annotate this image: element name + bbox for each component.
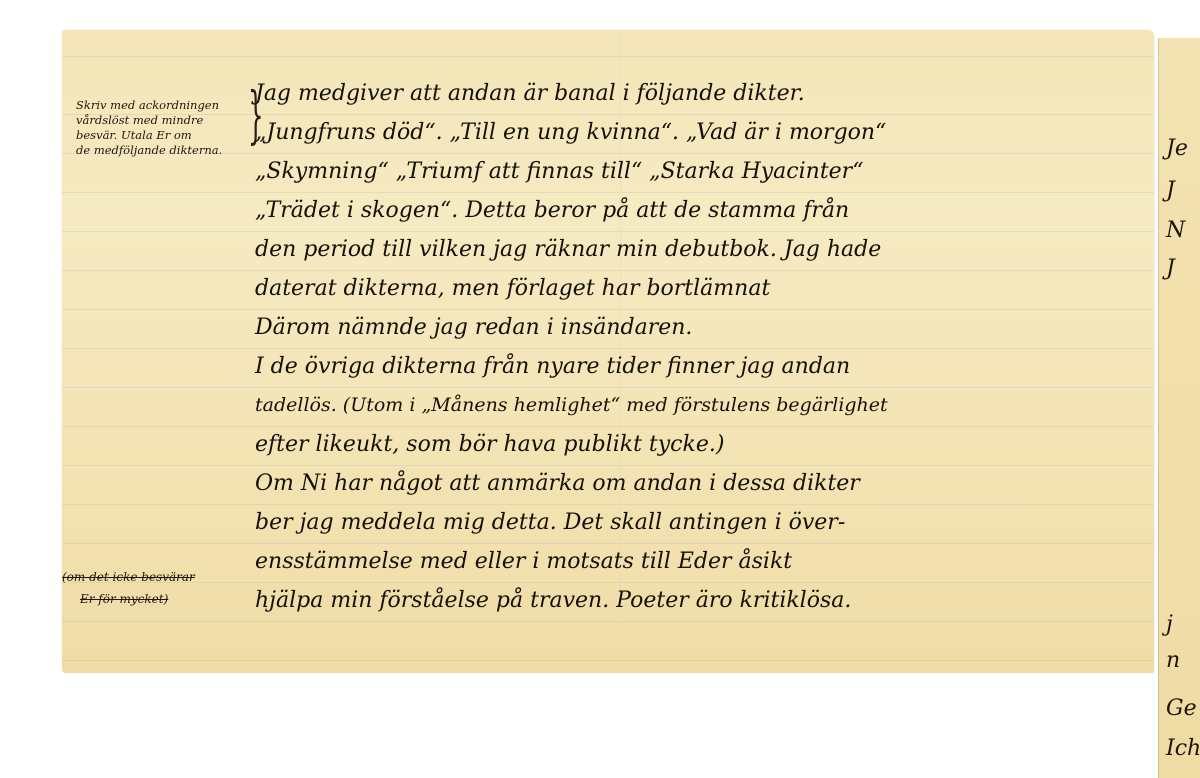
body-line: ensstämmelse med eller i motsats till Ed… — [255, 542, 1055, 581]
margin-note-bottom: (om det icke besvärar Er för mycket) — [62, 566, 195, 610]
body-line: Därom nämnde jag redan i insändaren. — [255, 308, 1055, 347]
margin-note-line: Er för mycket) — [62, 588, 195, 610]
body-line: „Jungfruns död“. „Till en ung kvinna“. „… — [255, 113, 1055, 152]
margin-note-line: vårdslöst med mindre — [76, 113, 246, 128]
margin-note-line: de medföljande dikterna. — [76, 143, 246, 158]
body-line: Om Ni har något att anmärka om andan i d… — [255, 464, 1055, 503]
strip-fragment: J — [1166, 256, 1175, 281]
body-line: ber jag meddela mig detta. Det skall ant… — [255, 503, 1055, 542]
margin-note-line: Skriv med ackordningen — [76, 98, 246, 113]
body-line: daterat dikterna, men förlaget har bortl… — [255, 269, 1055, 308]
margin-note-line: besvär. Utala Er om — [76, 128, 246, 143]
body-line: „Trädet i skogen“. Detta beror på att de… — [255, 191, 1055, 230]
strip-fragment: n — [1166, 648, 1180, 673]
body-line: „Skymning“ „Triumf att finnas till“ „Sta… — [255, 152, 1055, 191]
body-line: I de övriga dikterna från nyare tider fi… — [255, 347, 1055, 386]
body-line: efter likeukt, som bör hava publikt tyck… — [255, 425, 1055, 464]
strip-fragment: Ich — [1166, 736, 1200, 761]
letter-body: Jag medgiver att andan är banal i följan… — [255, 74, 1055, 620]
strip-fragment: N — [1166, 218, 1185, 243]
body-line: hjälpa min förståelse på traven. Poeter … — [255, 581, 1055, 620]
body-line: den period till vilken jag räknar min de… — [255, 230, 1055, 269]
margin-note-top: Skriv med ackordningen vårdslöst med min… — [76, 98, 246, 158]
strip-fragment: J — [1166, 178, 1175, 203]
body-line: tadellös. (Utom i „Månens hemlighet“ med… — [255, 386, 1055, 425]
margin-note-line: (om det icke besvärar — [62, 566, 195, 588]
strip-fragment: j — [1166, 612, 1173, 637]
strip-fragment: Ge — [1166, 696, 1197, 721]
strip-fragment: Je — [1166, 136, 1188, 161]
body-line: Jag medgiver att andan är banal i följan… — [255, 74, 1055, 113]
